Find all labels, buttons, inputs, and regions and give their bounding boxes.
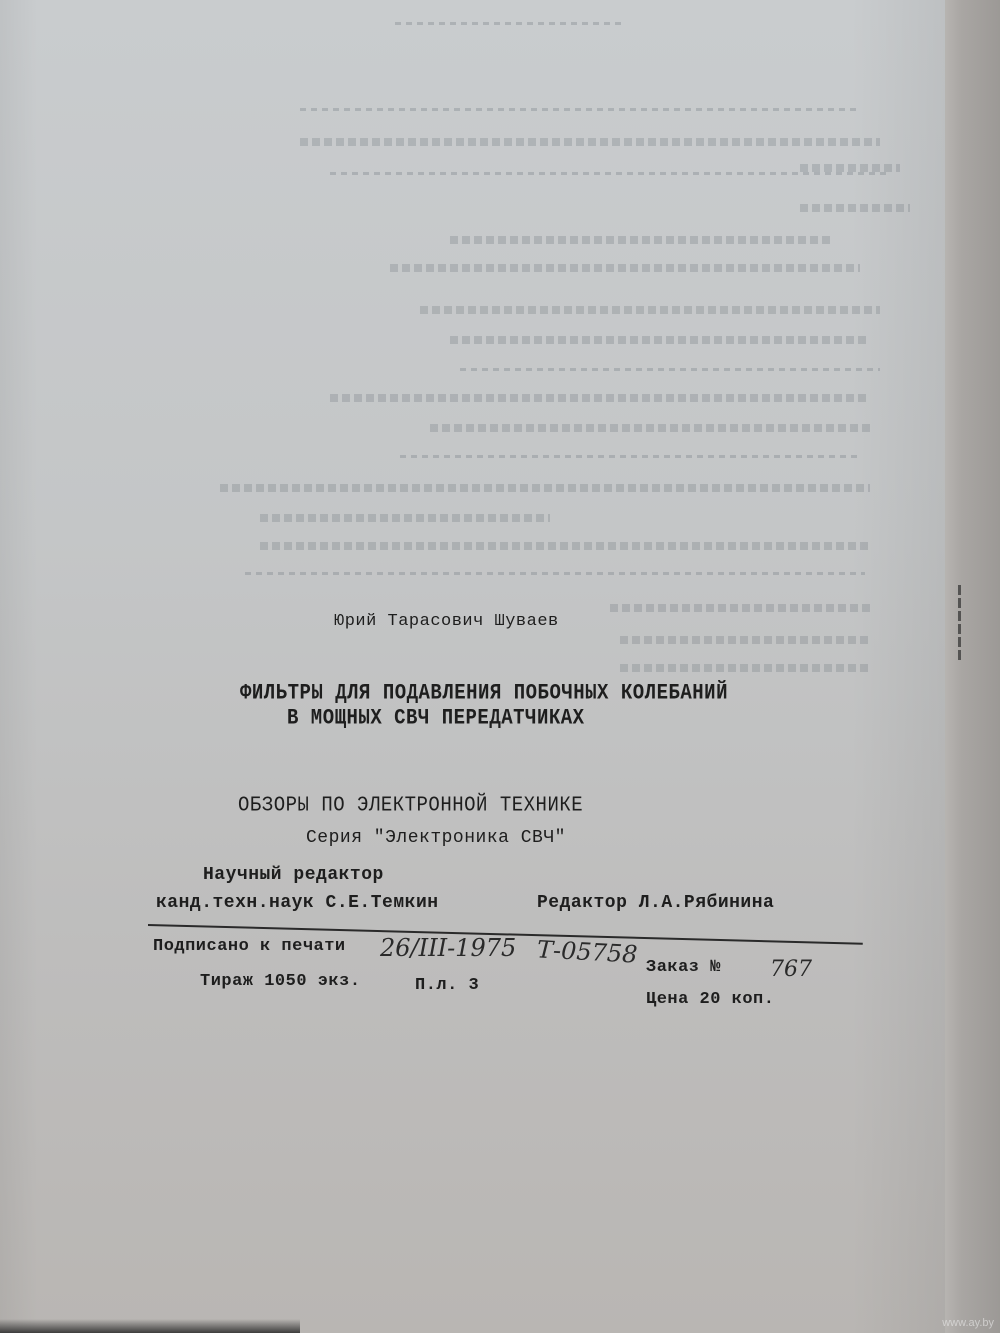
bleed-through-line — [620, 636, 870, 644]
editor: Редактор Л.А.Рябинина — [537, 893, 774, 913]
adjacent-page-edge — [945, 0, 1000, 1333]
bleed-through-line — [800, 204, 910, 212]
bleed-through-line — [800, 164, 900, 172]
signed-to-print-label: Подписано к печати — [153, 937, 346, 956]
series-name: Серия "Электроника СВЧ" — [306, 828, 566, 848]
bleed-through-line — [390, 264, 860, 272]
bottom-shadow — [0, 1319, 300, 1333]
bleed-through-line — [450, 236, 830, 244]
order-label: Заказ № — [646, 958, 721, 977]
series-main-title: ОБЗОРЫ ПО ЭЛЕКТРОННОЙ ТЕХНИКЕ — [238, 793, 583, 818]
author-name: Юрий Тарасович Шуваев — [334, 612, 559, 631]
bleed-through-line — [300, 138, 880, 146]
scientific-editor-label: Научный редактор — [203, 865, 384, 885]
signed-date-handwritten: 26/III-1975 — [380, 934, 516, 962]
binding-mark — [958, 585, 961, 660]
print-run: Тираж 1050 экз. — [200, 972, 361, 991]
bleed-through-line — [300, 108, 860, 111]
bleed-through-line — [220, 484, 870, 492]
title-line-2: В МОЩНЫХ СВЧ ПЕРЕДАТЧИКАХ — [287, 705, 585, 730]
bleed-through-line — [620, 664, 870, 672]
bleed-through-line — [330, 172, 890, 175]
bleed-through-line — [260, 514, 550, 522]
price: Цена 20 коп. — [646, 990, 774, 1009]
document-page: Юрий Тарасович Шуваев ФИЛЬТРЫ ДЛЯ ПОДАВЛ… — [0, 0, 945, 1333]
order-number-handwritten: 767 — [770, 957, 812, 982]
bleed-through-line — [420, 306, 880, 314]
permit-code-handwritten: Т-05758 — [536, 935, 638, 968]
bleed-through-line — [330, 394, 870, 402]
title-line-1: ФИЛЬТРЫ ДЛЯ ПОДАВЛЕНИЯ ПОБОЧНЫХ КОЛЕБАНИ… — [240, 680, 728, 705]
bleed-through-line — [245, 572, 865, 575]
bleed-through-line — [400, 455, 860, 458]
bleed-through-line — [450, 336, 870, 344]
bleed-through-line — [395, 22, 625, 25]
watermark: www.ay.by — [942, 1317, 994, 1329]
printed-sheets: П.л. 3 — [415, 976, 479, 995]
scientific-editor: канд.техн.наук С.Е.Темкин — [156, 893, 439, 913]
bleed-through-line — [430, 424, 870, 432]
bleed-through-line — [260, 542, 870, 550]
bleed-through-line — [610, 604, 870, 612]
bleed-through-line — [460, 368, 880, 371]
